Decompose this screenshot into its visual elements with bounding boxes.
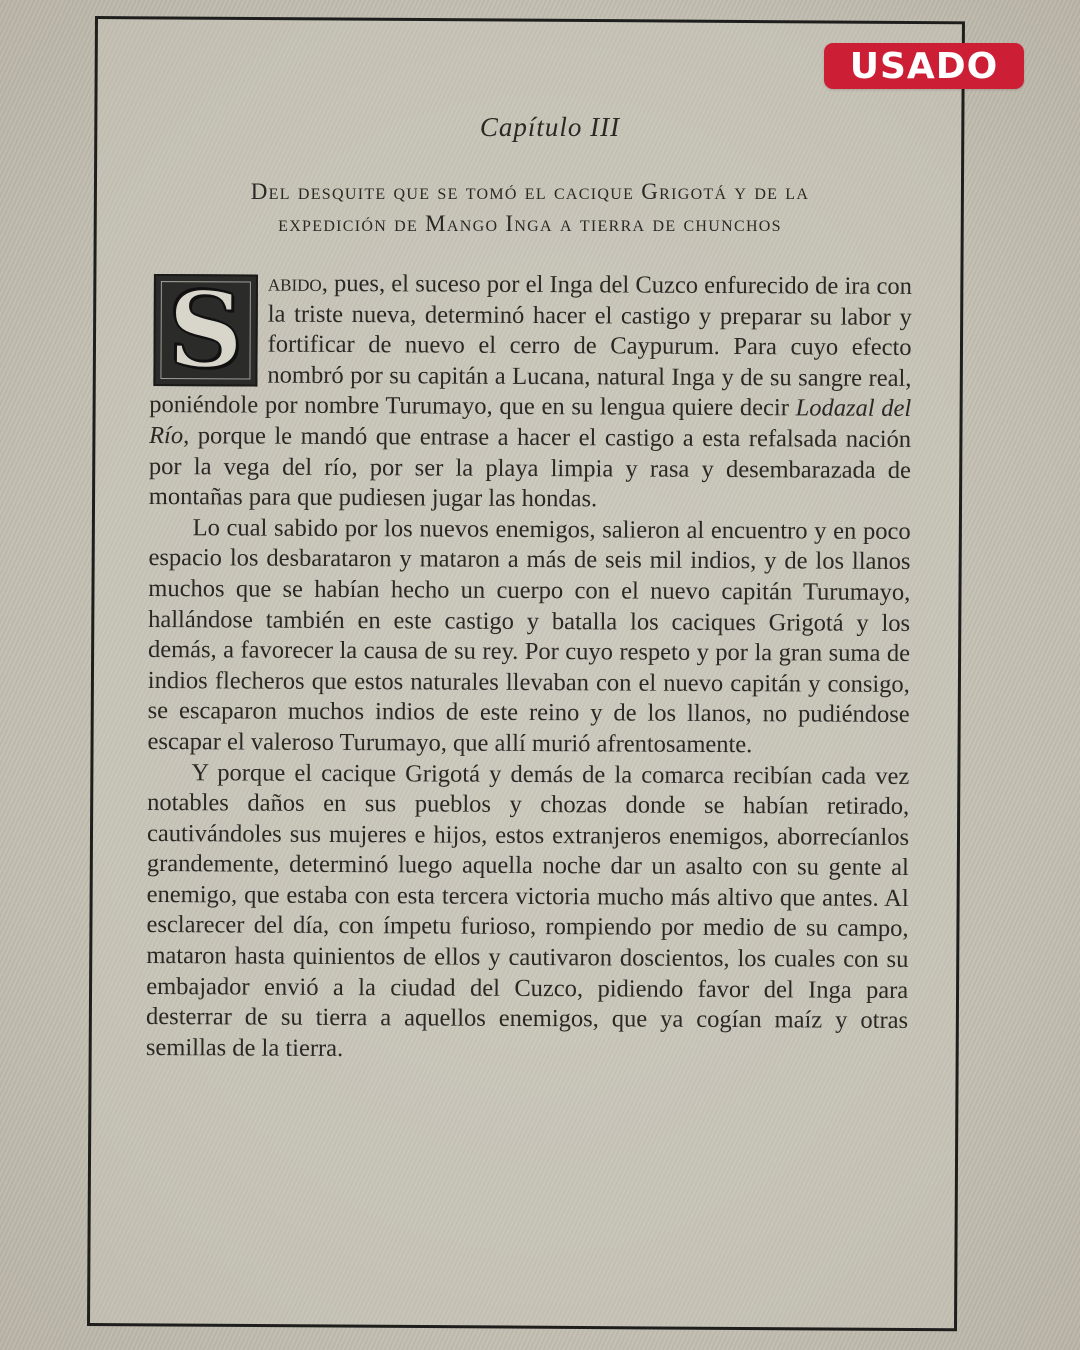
chapter-title: Capítulo III: [0, 112, 1080, 143]
paragraph-3: Y porque el cacique Grigotá y demás de l…: [146, 757, 910, 1067]
paragraph-lead-word: abido: [268, 270, 322, 297]
dropcap-letter: S: [168, 278, 244, 382]
chapter-body: S abido, pues, el suceso por el Inga del…: [146, 268, 912, 1067]
dropcap-ornament: S: [160, 281, 251, 379]
ornamental-dropcap-icon: S: [153, 274, 258, 387]
paragraph-1-text-b: , porque le mandó que entrase a hacer el…: [149, 422, 911, 512]
chapter-subtitle: Del desquite que se tomó el cacique Grig…: [160, 176, 900, 240]
used-condition-badge: USADO: [824, 43, 1024, 89]
paragraph-2: Lo cual sabido por los nuevos enemigos, …: [147, 513, 910, 762]
badge-label: USADO: [850, 46, 999, 87]
paragraph-1: S abido, pues, el suceso por el Inga del…: [149, 268, 912, 517]
subtitle-line-1: Del desquite que se tomó el cacique Grig…: [160, 176, 900, 208]
subtitle-line-2: expedición de Mango Inga a tierra de chu…: [160, 208, 900, 240]
